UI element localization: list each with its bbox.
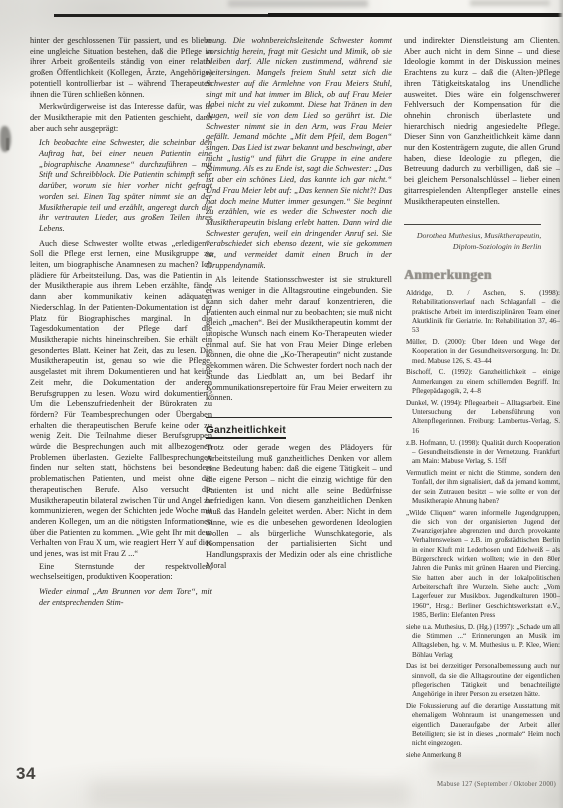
footnote: 10Die Fokussierung auf die derartige Aus…: [404, 702, 560, 748]
footnote-text: z.B. Hofmann, U. (1998): Qualität durch …: [406, 439, 560, 466]
scan-smudge: [228, 0, 368, 7]
section-heading-text: Ganzheitlichkeit: [206, 425, 286, 439]
scanned-page: hinter der geschlossenen Tür passiert, u…: [0, 0, 563, 808]
footnote-text: Vermutlich meint er nicht die Stimme, so…: [406, 469, 560, 505]
page-number: 34: [16, 764, 36, 784]
author-credit-line: Diplom-Soziologin in Berlin: [453, 242, 541, 251]
header-rule-thick: [268, 13, 563, 17]
footnote: 2Müller, D. (2000): Über Ideen und Wege …: [404, 338, 560, 366]
footnote: 3Bischoff, C. (1992): Ganzheitlichkeit –…: [404, 368, 560, 396]
blockquote-observation: Ich beobachte eine Schwester, die schein…: [39, 138, 212, 234]
journal-footer: Mabuse 127 (September / Oktober 2000): [437, 781, 556, 788]
footnote: 7„Wilde Cliquen“ waren informelle Jugend…: [404, 509, 560, 621]
footnote-text: siehe u.a. Muthesius, D. (Hg.) (1997): „…: [406, 623, 560, 659]
footnote: 5z.B. Hofmann, U. (1998): Qualität durch…: [404, 439, 560, 467]
footnote-text: siehe Anmerkung 8: [406, 751, 461, 759]
paragraph: hinter der geschlossenen Tür passiert, u…: [30, 36, 212, 100]
footnote: 8siehe u.a. Muthesius, D. (Hg.) (1997): …: [404, 623, 560, 660]
footnote-text: Dunkel, W. (1994): Pflegearbeit – Alltag…: [406, 399, 560, 435]
paragraph: Merkwürdigerweise ist das Interesse dafü…: [30, 102, 212, 134]
author-credit: Dorothea Muthesius, Musiktherapeutin, Di…: [404, 224, 541, 252]
paragraph: Eine Sternstunde der respektvollen, wech…: [30, 562, 212, 583]
footnotes-list: 1Aldridge, D. / Aschen, S. (1998): Rehab…: [404, 289, 560, 760]
author-credit-line: Dorothea Muthesius, Musiktherapeutin,: [417, 231, 541, 240]
paragraph: Auch diese Schwester wollte etwas „erled…: [30, 239, 212, 560]
paragraph: Als leitende Stationsschwester ist sie s…: [206, 275, 392, 403]
footnote-text: Die Fokussierung auf die derartige Ausst…: [406, 702, 560, 747]
footnotes-heading: Anmerkungen: [404, 267, 560, 283]
footnote-text: Das ist bei derzeitiger Personalbemessun…: [406, 662, 560, 698]
footnote: 4Dunkel, W. (1994): Pflegearbeit – Allta…: [404, 399, 560, 436]
paragraph: Trotz oder gerade wegen des Plädoyers fü…: [206, 443, 392, 571]
text-column-left: hinter der geschlossenen Tür passiert, u…: [30, 36, 212, 736]
blockquote-continuation: mung. Die wohnbereichsleitende Schwester…: [206, 36, 392, 271]
paragraph: und indirekter Dienstleistung am Cliente…: [404, 36, 560, 207]
footnote-text: Aldridge, D. / Aschen, S. (1998): Rehabi…: [406, 289, 560, 334]
footnote: 6Vermutlich meint er nicht die Stimme, s…: [404, 469, 560, 506]
footnote-text: „Wilde Cliquen“ waren informelle Jugendg…: [406, 509, 560, 619]
footnote-text: Bischoff, C. (1992): Ganzheitlichkeit – …: [406, 368, 560, 395]
text-column-right: und indirekter Dienstleistung am Cliente…: [404, 36, 560, 772]
text-column-middle: mung. Die wohnbereichsleitende Schwester…: [206, 36, 392, 762]
footnote: 9Das ist bei derzeitiger Personalbemessu…: [404, 662, 560, 699]
footnote-text: Müller, D. (2000): Über Ideen und Wege d…: [406, 338, 560, 365]
scan-smudge: [90, 782, 410, 808]
section-divider: Ganzheitlichkeit: [206, 417, 392, 436]
scan-smudge: [470, 0, 550, 6]
footnote: 11siehe Anmerkung 8: [404, 751, 560, 760]
footnote: 1Aldridge, D. / Aschen, S. (1998): Rehab…: [404, 289, 560, 335]
section-heading-ganzheitlichkeit: Ganzheitlichkeit: [206, 425, 392, 436]
blockquote-observation: Wieder einmal „Am Brunnen vor dem Tore“,…: [39, 587, 212, 608]
scan-artifact: [6, 138, 9, 150]
